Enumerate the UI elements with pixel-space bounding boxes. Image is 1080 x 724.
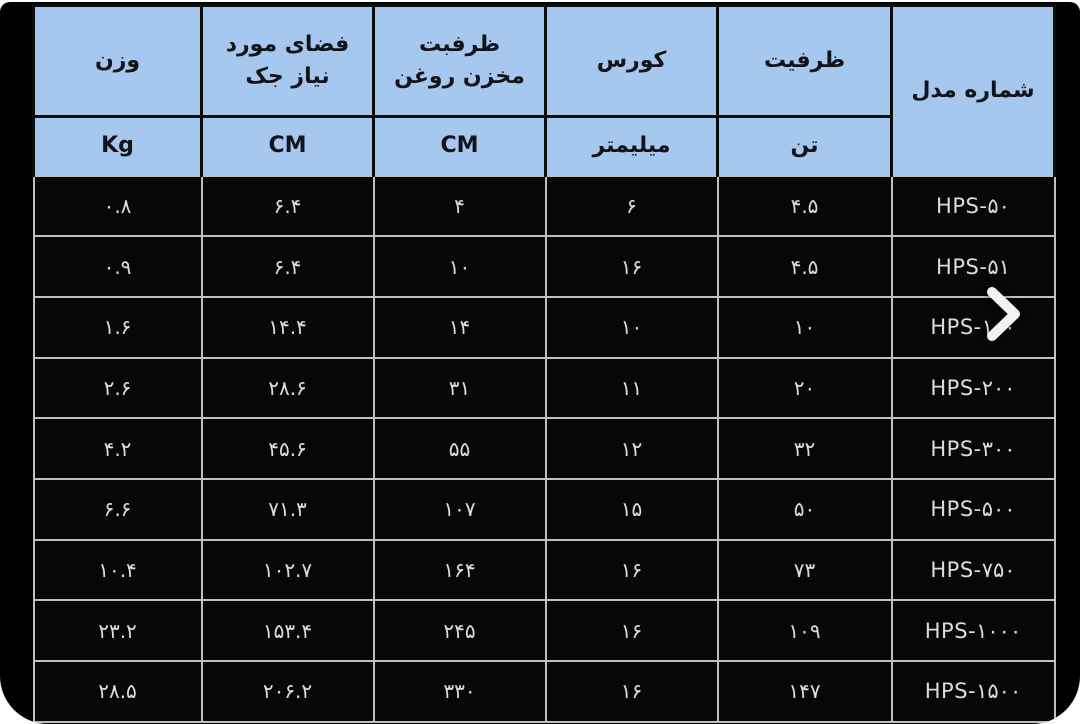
table-row: HPS-۲۰۰ ۲۰ ۱۱ ۳۱ ۲۸.۶ ۲.۶ xyxy=(34,358,1055,419)
cell-required-space: ۶.۴ xyxy=(202,236,374,297)
cell-model-number: HPS-۱۵۰۰ xyxy=(892,661,1055,722)
unit-oil-cm: CM xyxy=(374,117,546,176)
cell-weight: ۴.۲ xyxy=(34,418,202,479)
cell-stroke: ۱۱ xyxy=(546,358,718,419)
cell-oil-tank-capacity: ۳۳۰ xyxy=(374,661,546,722)
col-header-oil-tank-capacity: ظرفبت مخزن روغن xyxy=(374,6,546,117)
cell-oil-tank-capacity: ۲۴۵ xyxy=(374,600,546,661)
cell-required-space: ۲۸.۶ xyxy=(202,358,374,419)
cell-stroke: ۶ xyxy=(546,176,718,237)
cell-oil-tank-capacity: ۴ xyxy=(374,176,546,237)
cell-required-space: ۷۱.۳ xyxy=(202,479,374,540)
cell-oil-tank-capacity: ۱۰ xyxy=(374,236,546,297)
cell-oil-tank-capacity: ۱۶۴ xyxy=(374,540,546,601)
cell-stroke: ۱۶ xyxy=(546,236,718,297)
table-row: HPS-۵۰۰ ۵۰ ۱۵ ۱۰۷ ۷۱.۳ ۶.۶ xyxy=(34,479,1055,540)
cell-required-space: ۶.۴ xyxy=(202,176,374,237)
col-header-stroke: کورس xyxy=(546,6,718,117)
table-header: شماره مدل ظرفیت کورس ظرفبت مخزن روغن فضا… xyxy=(34,6,1055,176)
chevron-right-icon xyxy=(981,283,1027,345)
cell-capacity: ۱۴۷ xyxy=(718,661,892,722)
spec-table-card: شماره مدل ظرفیت کورس ظرفبت مخزن روغن فضا… xyxy=(0,2,1080,724)
col-header-model: شماره مدل xyxy=(892,6,1055,176)
table-row: HPS-۱۰۰۰ ۱۰۹ ۱۶ ۲۴۵ ۱۵۳.۴ ۲۳.۲ xyxy=(34,600,1055,661)
cell-required-space: ۱۰۲.۷ xyxy=(202,540,374,601)
carousel-next-button[interactable] xyxy=(981,283,1027,345)
cell-oil-tank-capacity: ۳۱ xyxy=(374,358,546,419)
cell-model-number: HPS-۵۱ xyxy=(892,236,1055,297)
cell-required-space: ۱۵۳.۴ xyxy=(202,600,374,661)
cell-model-number: HPS-۱۰۰ xyxy=(892,297,1055,358)
cell-capacity: ۲۰ xyxy=(718,358,892,419)
cell-stroke: ۱۶ xyxy=(546,661,718,722)
unit-space-cm: CM xyxy=(202,117,374,176)
cell-model-number: HPS-۷۵۰ xyxy=(892,540,1055,601)
cell-model-number: HPS-۱۰۰۰ xyxy=(892,600,1055,661)
cell-capacity: ۱۰۹ xyxy=(718,600,892,661)
cell-weight: ۲۳.۲ xyxy=(34,600,202,661)
cell-capacity: ۱۰ xyxy=(718,297,892,358)
cell-model-number: HPS-۵۰۰ xyxy=(892,479,1055,540)
cell-model-number: HPS-۲۰۰ xyxy=(892,358,1055,419)
cell-stroke: ۱۰ xyxy=(546,297,718,358)
cell-oil-tank-capacity: ۱۴ xyxy=(374,297,546,358)
unit-stroke-millimeter: میلیمتر xyxy=(546,117,718,176)
cell-capacity: ۴.۵ xyxy=(718,176,892,237)
table-body: HPS-۵۰ ۴.۵ ۶ ۴ ۶.۴ ۰.۸ HPS-۵۱ ۴.۵ ۱۶ ۱۰ … xyxy=(34,176,1055,722)
cell-model-number: HPS-۵۰ xyxy=(892,176,1055,237)
cell-stroke: ۱۲ xyxy=(546,418,718,479)
cell-weight: ۰.۸ xyxy=(34,176,202,237)
cell-stroke: ۱۶ xyxy=(546,600,718,661)
table-row: HPS-۷۵۰ ۷۳ ۱۶ ۱۶۴ ۱۰۲.۷ ۱۰.۴ xyxy=(34,540,1055,601)
cell-weight: ۶.۶ xyxy=(34,479,202,540)
cell-required-space: ۱۴.۴ xyxy=(202,297,374,358)
table-row: HPS-۱۵۰۰ ۱۴۷ ۱۶ ۳۳۰ ۲۰۶.۲ ۲۸.۵ xyxy=(34,661,1055,722)
cell-capacity: ۵۰ xyxy=(718,479,892,540)
cell-required-space: ۴۵.۶ xyxy=(202,418,374,479)
cell-weight: ۲۸.۵ xyxy=(34,661,202,722)
cell-weight: ۱.۶ xyxy=(34,297,202,358)
table-row: HPS-۵۰ ۴.۵ ۶ ۴ ۶.۴ ۰.۸ xyxy=(34,176,1055,237)
cell-oil-tank-capacity: ۵۵ xyxy=(374,418,546,479)
unit-weight-kg: Kg xyxy=(34,117,202,176)
cell-weight: ۰.۹ xyxy=(34,236,202,297)
col-header-weight: وزن xyxy=(34,6,202,117)
cell-capacity: ۳۲ xyxy=(718,418,892,479)
cell-model-number: HPS-۳۰۰ xyxy=(892,418,1055,479)
cell-stroke: ۱۵ xyxy=(546,479,718,540)
cell-weight: ۲.۶ xyxy=(34,358,202,419)
hydraulic-jack-spec-table: شماره مدل ظرفیت کورس ظرفبت مخزن روغن فضا… xyxy=(32,4,1056,723)
table-row: HPS-۱۰۰ ۱۰ ۱۰ ۱۴ ۱۴.۴ ۱.۶ xyxy=(34,297,1055,358)
table-row: HPS-۳۰۰ ۳۲ ۱۲ ۵۵ ۴۵.۶ ۴.۲ xyxy=(34,418,1055,479)
cell-capacity: ۴.۵ xyxy=(718,236,892,297)
cell-stroke: ۱۶ xyxy=(546,540,718,601)
col-header-capacity: ظرفیت xyxy=(718,6,892,117)
unit-capacity-tons: تن xyxy=(718,117,892,176)
cell-weight: ۱۰.۴ xyxy=(34,540,202,601)
cell-capacity: ۷۳ xyxy=(718,540,892,601)
cell-required-space: ۲۰۶.۲ xyxy=(202,661,374,722)
col-header-required-space: فضای مورد نیاز جک xyxy=(202,6,374,117)
table-row: HPS-۵۱ ۴.۵ ۱۶ ۱۰ ۶.۴ ۰.۹ xyxy=(34,236,1055,297)
cell-oil-tank-capacity: ۱۰۷ xyxy=(374,479,546,540)
